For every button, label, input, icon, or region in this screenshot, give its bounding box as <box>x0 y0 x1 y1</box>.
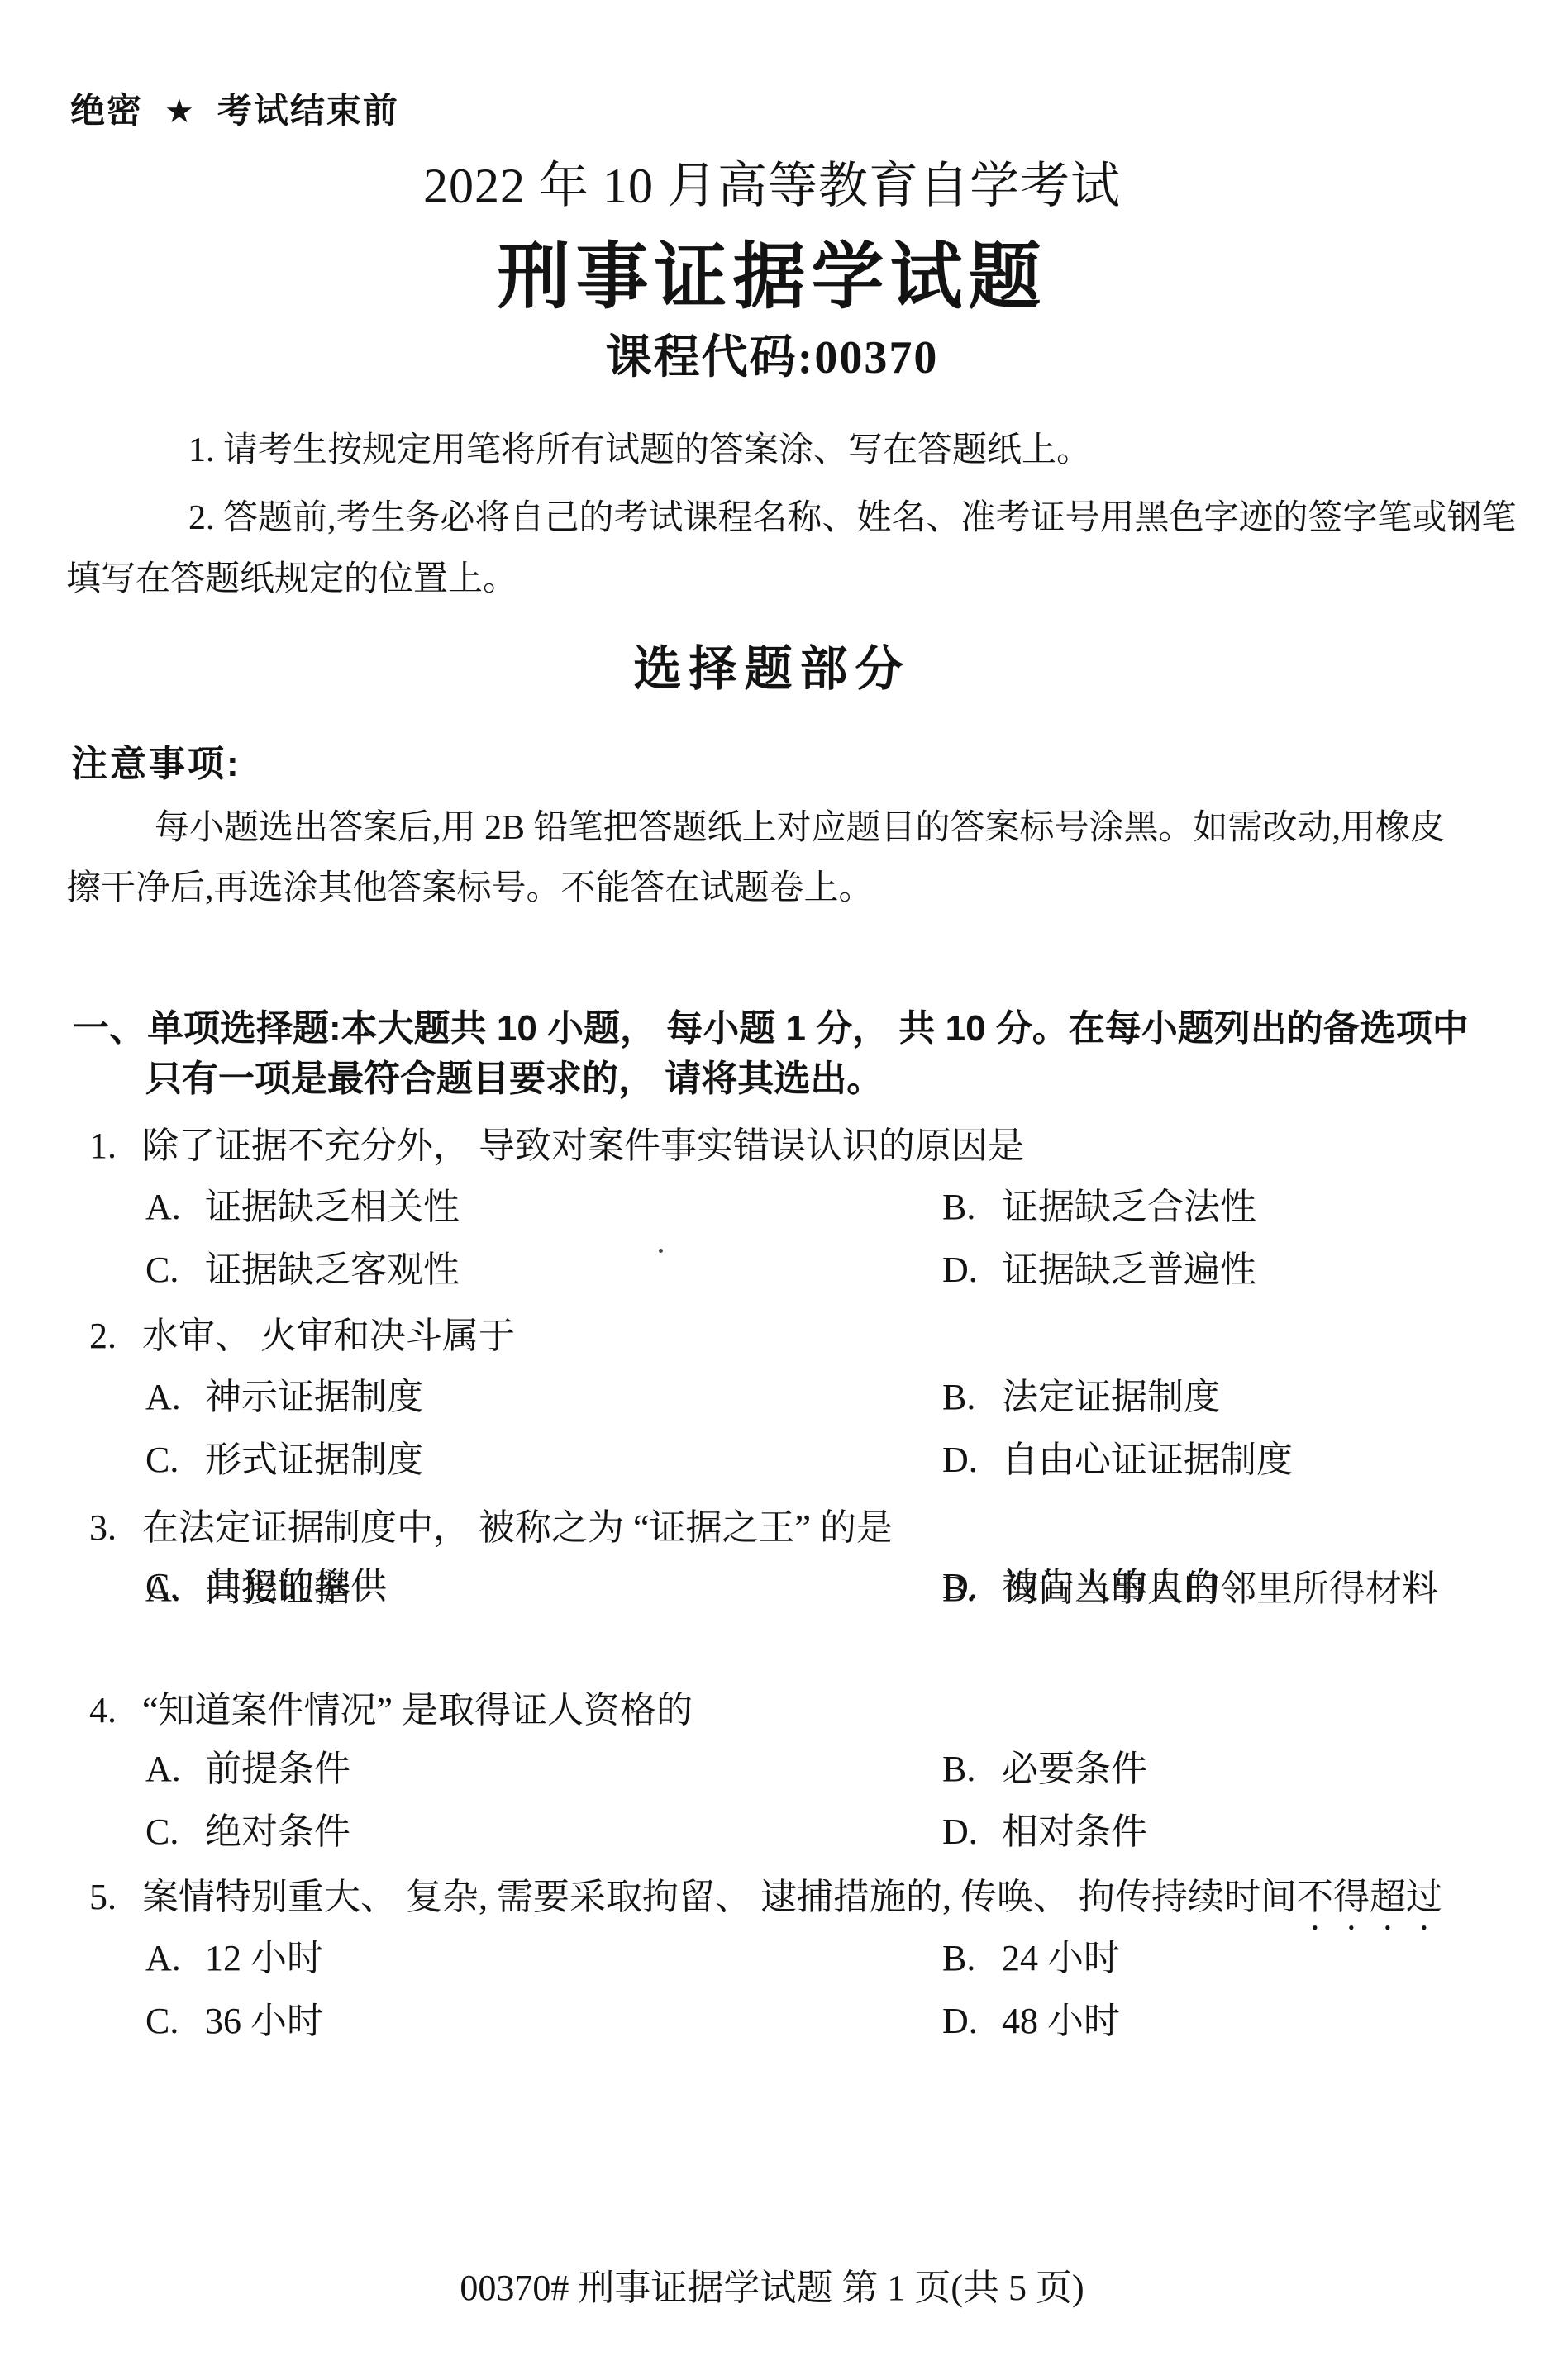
page-footer: 00370# 刑事证据学试题 第 1 页(共 5 页) <box>0 2268 1544 2308</box>
option-d: D.自由心证证据制度 <box>942 1440 1293 1480</box>
security-stage: 考试结束前 <box>217 91 399 130</box>
option-text: 必要条件 <box>1002 1749 1147 1789</box>
question-stem-line: 5.案情特别重大、 复杂, 需要采取拘留、 逮捕措施的, 传唤、 拘传持续时间不… <box>89 1877 1442 1938</box>
option-c: C.共犯的攀供 <box>145 1566 387 1606</box>
option-c: C.36 小时 <box>145 2001 323 2041</box>
course-code: 课程代码:00370 <box>0 332 1544 384</box>
option-text: 36 小时 <box>205 2001 323 2041</box>
option-c: C.形式证据制度 <box>145 1440 423 1480</box>
option-c: C.证据缺乏客观性 <box>145 1249 460 1290</box>
option-label: B. <box>942 1749 1002 1789</box>
question-stem: 水审、 火审和决斗属于 <box>142 1316 515 1356</box>
option-row: C.证据缺乏客观性 D.证据缺乏普遍性 <box>0 1249 1544 1291</box>
security-banner: 绝密★考试结束前 <box>70 91 399 131</box>
option-label: D. <box>942 2001 1002 2041</box>
question-number: 2. <box>89 1316 142 1356</box>
question-stem-emphasized: 不得超过 <box>1297 1877 1442 1917</box>
option-label: C. <box>145 1811 205 1852</box>
option-d: D.48 小时 <box>942 2001 1120 2041</box>
exam-paper-page: 绝密★考试结束前 2022 年 10 月高等教育自学考试 刑事证据学试题 课程代… <box>0 0 1544 2380</box>
question-number: 5. <box>89 1877 142 1917</box>
section-heading-text: 单项选择题:本大题共 10 小题， 每小题 1 分， 共 10 分。在每小题列出… <box>147 1008 1469 1049</box>
option-b: B.24 小时 <box>942 1938 1120 1978</box>
security-classification: 绝密 <box>70 91 143 130</box>
option-text: 自由心证证据制度 <box>1002 1440 1293 1480</box>
option-label: D. <box>942 1811 1002 1852</box>
option-row: C.共犯的攀供 D.被告人的自白 <box>0 1566 1544 1607</box>
question-stem-line: 2.水审、 火审和决斗属于 <box>89 1316 515 1356</box>
option-a: A.前提条件 <box>145 1749 350 1789</box>
general-instruction-2-line2: 填写在答题纸规定的位置上。 <box>66 560 517 599</box>
option-d: D.相对条件 <box>942 1811 1147 1852</box>
question-stem: 案情特别重大、 复杂, 需要采取拘留、 逮捕措施的, 传唤、 拘传持续时间 <box>142 1877 1297 1917</box>
option-label: D. <box>942 1566 1002 1606</box>
option-label: A. <box>145 1377 205 1417</box>
option-label: A. <box>145 1187 205 1227</box>
question-stem-line: 4.“知道案件情况” 是取得证人资格的 <box>89 1690 693 1730</box>
option-label: B. <box>942 1377 1002 1417</box>
option-row: A.12 小时 B.24 小时 <box>0 1938 1544 1979</box>
general-instruction-2-line1: 2. 答题前,考生务必将自己的考试课程名称、姓名、准考证号用黑色字迹的签字笔或钢… <box>188 499 1517 538</box>
option-a: A.12 小时 <box>145 1938 323 1978</box>
part-title: 选择题部分 <box>0 643 1544 697</box>
option-text: 法定证据制度 <box>1002 1377 1220 1417</box>
notice-heading: 注意事项: <box>71 744 241 784</box>
option-c: C.绝对条件 <box>145 1811 350 1852</box>
question-number: 4. <box>89 1690 142 1730</box>
section-one-heading-line1: 一、单项选择题:本大题共 10 小题， 每小题 1 分， 共 10 分。在每小题… <box>73 1008 1469 1049</box>
notice-line2: 擦干净后,再选涂其他答案标号。不能答在试题卷上。 <box>66 869 874 908</box>
option-label: C. <box>145 2001 205 2041</box>
option-text: 前提条件 <box>205 1749 350 1789</box>
option-row: A.证据缺乏相关性 B.证据缺乏合法性 <box>0 1187 1544 1228</box>
option-row: C.形式证据制度 D.自由心证证据制度 <box>0 1440 1544 1481</box>
option-a: A.神示证据制度 <box>145 1377 423 1417</box>
general-instruction-1: 1. 请考生按规定用笔将所有试题的答案涂、写在答题纸上。 <box>188 431 1091 470</box>
option-d: D.证据缺乏普遍性 <box>942 1249 1256 1290</box>
option-row: C.绝对条件 D.相对条件 <box>0 1811 1544 1853</box>
option-a: A.证据缺乏相关性 <box>145 1187 460 1227</box>
question-stem-line: 1.除了证据不充分外， 导致对案件事实错误认识的原因是 <box>89 1126 1024 1166</box>
option-text: 48 小时 <box>1002 2001 1120 2041</box>
star-icon: ★ <box>164 93 196 130</box>
question-stem: “知道案件情况” 是取得证人资格的 <box>142 1690 693 1730</box>
option-text: 神示证据制度 <box>205 1377 423 1417</box>
section-one-heading-line2: 只有一项是最符合题目要求的， 请将其选出。 <box>145 1059 883 1099</box>
scan-artifact-dot <box>659 1249 663 1253</box>
option-label: C. <box>145 1566 205 1606</box>
section-ordinal: 一、 <box>73 1008 145 1049</box>
option-text: 共犯的攀供 <box>205 1566 387 1606</box>
option-label: B. <box>942 1187 1002 1227</box>
exam-session-title: 2022 年 10 月高等教育自学考试 <box>0 159 1544 214</box>
option-text: 证据缺乏相关性 <box>205 1187 460 1227</box>
notice-line1: 每小题选出答案后,用 2B 铅笔把答题纸上对应题目的答案标号涂黑。如需改动,用橡… <box>155 809 1445 848</box>
option-b: B.证据缺乏合法性 <box>942 1187 1256 1227</box>
option-label: C. <box>145 1249 205 1290</box>
option-text: 证据缺乏合法性 <box>1002 1187 1256 1227</box>
exam-subject-title: 刑事证据学试题 <box>0 236 1544 318</box>
question-stem: 在法定证据制度中， 被称之为 “证据之王” 的是 <box>142 1507 893 1548</box>
option-label: A. <box>145 1749 205 1789</box>
question-number: 1. <box>89 1126 142 1166</box>
option-text: 被告人的自白 <box>1002 1566 1220 1606</box>
option-label: C. <box>145 1440 205 1480</box>
option-text: 绝对条件 <box>205 1811 350 1852</box>
option-text: 12 小时 <box>205 1938 323 1978</box>
option-text: 相对条件 <box>1002 1811 1147 1852</box>
option-label: D. <box>942 1249 1002 1290</box>
question-number: 3. <box>89 1507 142 1548</box>
option-text: 证据缺乏客观性 <box>205 1249 460 1290</box>
option-b: B.法定证据制度 <box>942 1377 1220 1417</box>
option-label: D. <box>942 1440 1002 1480</box>
option-row: A.前提条件 B.必要条件 <box>0 1749 1544 1790</box>
question-stem-line: 3.在法定证据制度中， 被称之为 “证据之王” 的是 <box>89 1507 893 1548</box>
question-stem: 除了证据不充分外， 导致对案件事实错误认识的原因是 <box>142 1126 1024 1166</box>
option-label: B. <box>942 1938 1002 1978</box>
option-text: 形式证据制度 <box>205 1440 423 1480</box>
option-d: D.被告人的自白 <box>942 1566 1220 1606</box>
option-b: B.必要条件 <box>942 1749 1147 1789</box>
option-text: 24 小时 <box>1002 1938 1120 1978</box>
option-text: 证据缺乏普遍性 <box>1002 1249 1256 1290</box>
option-row: A.神示证据制度 B.法定证据制度 <box>0 1377 1544 1418</box>
option-label: A. <box>145 1938 205 1978</box>
option-row: C.36 小时 D.48 小时 <box>0 2001 1544 2042</box>
